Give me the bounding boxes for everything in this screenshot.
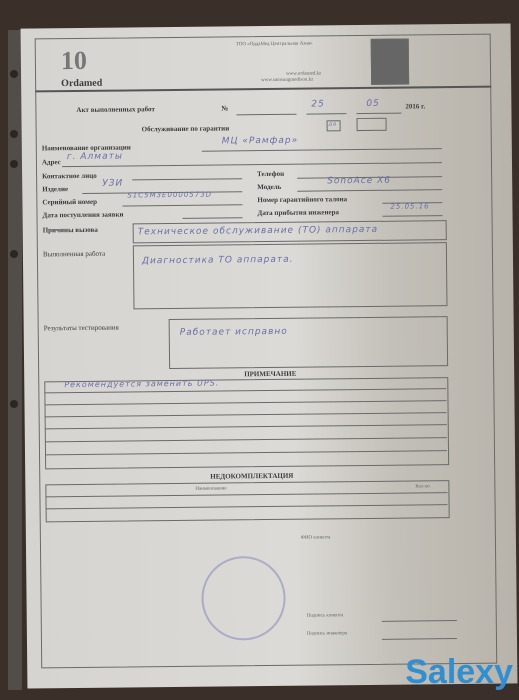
client-sign-label: Подпись клиента [307, 613, 344, 618]
model-value: SonoAce X6 [327, 176, 391, 187]
binder-hole [10, 160, 18, 168]
warranty-no-label: Номер гарантийного талона [257, 195, 347, 204]
website-ordamed: www.ordamed.kz [286, 71, 321, 76]
address-label: Адрес [42, 158, 61, 166]
work-value: Диагностика ТО аппарата. [142, 255, 294, 267]
missing-table [45, 480, 449, 522]
warranty-no-box [357, 118, 387, 131]
missing-col-qty: Кол-во [415, 484, 430, 489]
test-label: Результаты тестирования [44, 324, 119, 333]
act-year: 2016 г. [405, 102, 425, 110]
logo-number: 10 [61, 46, 87, 76]
act-month: 05 [366, 99, 380, 109]
warranty-yes-box: да [327, 120, 341, 131]
client-fio-label: ФИО клиента [301, 535, 330, 540]
logo-text: Ordamed [61, 78, 102, 89]
reason-value: Техническое обслуживание (ТО) аппарата [138, 225, 379, 238]
engineer-sign-label: Подпись инженера [307, 631, 347, 636]
work-box: Диагностика ТО аппарата. [133, 242, 448, 309]
missing-title: НЕДОКОМПЛЕКТАЦИЯ [210, 472, 293, 481]
serial-label: Серийный номер [42, 198, 97, 207]
reason-label: Причины вызова [43, 226, 98, 235]
address-value: г. Алматы [67, 152, 123, 163]
missing-col-name: Наименование [195, 486, 226, 491]
binder-hole [10, 250, 18, 258]
act-day: 25 [311, 99, 325, 109]
eu-flag-logo [371, 39, 409, 85]
warranty-label: Обслуживание по гарантии [142, 124, 230, 133]
salexy-watermark: Salexy [405, 653, 513, 692]
act-title: Акт выполненных работ [76, 105, 155, 114]
org-value: МЦ «Рамфар» [222, 136, 298, 147]
document-page: 10 Ordamed ТОО «ОрдаМед Центральная Азия… [21, 23, 518, 688]
note-row-1: Рекомендуется заменить UPS. [64, 379, 219, 390]
binder-hole [10, 130, 18, 138]
phone-label: Телефон [257, 170, 284, 178]
model-label: Модель [257, 183, 281, 191]
product-label: Изделие [42, 185, 68, 193]
binder-hole [10, 70, 18, 78]
company-name: ТОО «ОрдаМед Центральная Азия» [236, 42, 313, 48]
website-samsung: www.samsungmedison.kz [261, 78, 313, 84]
request-date-label: Дата поступления заявки [42, 211, 123, 220]
note-title: ПРИМЕЧАНИЕ [244, 370, 296, 379]
test-value: Работает исправно [180, 327, 288, 338]
binder-hole [10, 400, 18, 408]
test-box: Работает исправно [169, 316, 449, 369]
certification-logo [416, 38, 446, 78]
product-value: УЗИ [102, 179, 123, 189]
reason-box: Техническое обслуживание (ТО) аппарата [133, 220, 447, 243]
contact-label: Контактное лицо [42, 172, 97, 181]
serial-value: S1C5M3E0000573D [127, 191, 212, 200]
sheet-protector-edge [8, 30, 22, 690]
act-number-label: № [221, 104, 228, 112]
work-label: Выполненная работа [43, 250, 105, 259]
engineer-date-value: 25.05.16 [390, 202, 429, 210]
company-stamp [201, 556, 286, 641]
engineer-date-label: Дата прибытия инженера [257, 208, 339, 217]
